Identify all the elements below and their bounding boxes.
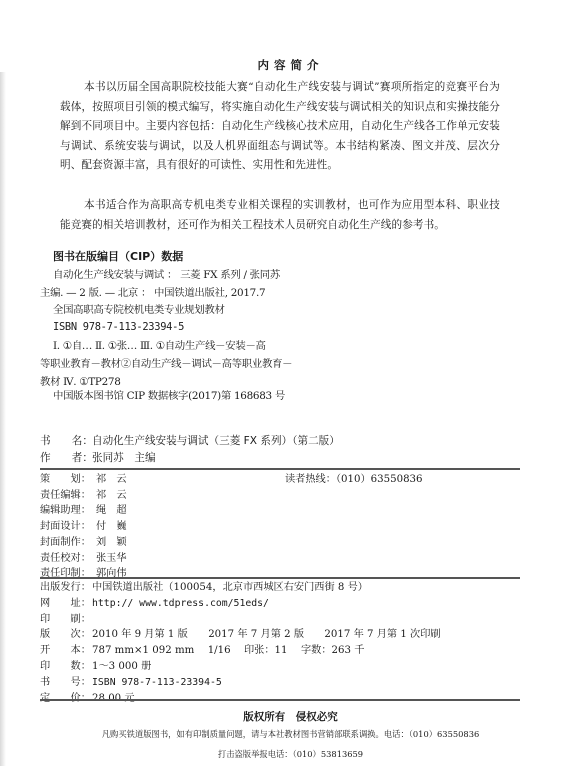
book-author-row: 作 者：张同苏 主编 — [40, 449, 156, 467]
staff-value: 祁 云 — [96, 474, 127, 485]
staff-row: 编辑助理：绳 超 — [40, 503, 127, 519]
divider-3 — [40, 699, 520, 701]
staff-label: 责任校对： — [40, 551, 96, 567]
cip-heading: 图书在版编目（CIP）数据 — [53, 248, 183, 264]
pub-value: 787 mm×1 092 mm 1/16 印张：11 字数：263 千 — [92, 645, 364, 656]
quality-notice: 凡购买铁道版图书，如有印制质量问题，请与本社教材图书营销部联系调换。电话：（01… — [0, 728, 581, 740]
cip-line-1: 自动化生产线安装与调试 ： 三菱 FX 系列 / 张同苏 — [53, 266, 280, 284]
pub-label: 书 号： — [40, 675, 92, 691]
book-title-label: 书 名： — [40, 432, 92, 450]
pub-value: 中国铁道出版社（100054，北京市西城区右安门西街 8 号） — [92, 582, 368, 593]
publication-info: 出版发行：中国铁道出版社（100054，北京市西城区右安门西街 8 号） 网 址… — [40, 580, 441, 706]
printer-row: 印 刷： — [40, 612, 441, 628]
publisher-row: 出版发行：中国铁道出版社（100054，北京市西城区右安门西街 8 号） — [40, 580, 441, 596]
staff-label: 封面设计： — [40, 519, 96, 535]
cip-line-2: 主编. — 2 版. — 北京 ： 中国铁道出版社, 2017.7 — [40, 284, 265, 302]
pub-label: 印 数： — [40, 659, 92, 675]
staff-row: 策 划：祁 云 — [40, 472, 127, 488]
print-run-row: 印 数：1～3 000 册 — [40, 659, 441, 675]
staff-value: 祁 云 — [96, 490, 127, 501]
divider-1 — [40, 468, 520, 470]
edition-row: 版 次：2010 年 9 月第 1 版 2017 年 7 月第 2 版 2017… — [40, 627, 441, 643]
pub-label: 开 本： — [40, 643, 92, 659]
website-row: 网 址：http:// www.tdpress.com/51eds/ — [40, 596, 441, 612]
copyright-title: 版权所有 侵权必究 — [0, 709, 581, 724]
cip-isbn: ISBN 978-7-113-23394-5 — [53, 318, 184, 336]
pub-value: ISBN 978-7-113-23394-5 — [92, 677, 222, 688]
staff-label: 封面制作： — [40, 535, 96, 551]
summary-paragraph-2: 本书适合作为高职高专机电类专业相关课程的实训教材，也可作为应用型本科、职业技能竞… — [60, 196, 500, 235]
pub-label: 网 址： — [40, 596, 92, 612]
staff-label: 策 划： — [40, 472, 96, 488]
staff-value: 刘 颖 — [96, 537, 127, 548]
staff-label: 责任编辑： — [40, 488, 96, 504]
isbn-row: 书 号：ISBN 978-7-113-23394-5 — [40, 675, 441, 691]
staff-value: 绳 超 — [96, 505, 127, 516]
piracy-hotline: 打击盗版举报电话：（010）53813659 — [0, 748, 581, 760]
staff-list: 策 划：祁 云 责任编辑：祁 云 编辑助理：绳 超 封面设计：付 巍 封面制作：… — [40, 472, 127, 582]
book-author-value: 张同苏 主编 — [92, 452, 156, 464]
summary-title: 内容简介 — [0, 57, 581, 73]
staff-row: 责任校对：张玉华 — [40, 551, 127, 567]
pub-label: 版 次： — [40, 627, 92, 643]
page-edge-shadow — [0, 72, 6, 766]
hotline-label: 读者热线： — [285, 474, 336, 485]
pub-label: 印 刷： — [40, 612, 92, 628]
staff-row: 责任编辑：祁 云 — [40, 488, 127, 504]
reader-hotline: 读者热线：（010）63550836 — [285, 472, 423, 488]
book-title-row: 书 名：自动化生产线安装与调试（三菱 FX 系列）（第二版） — [40, 432, 340, 450]
cip-line-3: 全国高职高专院校机电类专业规划教材 — [53, 301, 225, 319]
summary-paragraph-1: 本书以历届全国高职院校技能大赛“自动化生产线安装与调试”赛项所指定的竞赛平台为载… — [60, 78, 500, 176]
cip-line-5: Ⅰ. ①自… Ⅱ. ①张… Ⅲ. ①自动生产线－安装－高 — [53, 337, 266, 355]
staff-row: 封面设计：付 巍 — [40, 519, 127, 535]
book-title-value: 自动化生产线安装与调试（三菱 FX 系列）（第二版） — [92, 435, 340, 447]
cip-line-6: 等职业教育－教材②自动生产线－调试－高等职业教育－ — [40, 355, 292, 373]
pub-value: 1～3 000 册 — [92, 661, 151, 672]
pub-value: 2010 年 9 月第 1 版 2017 年 7 月第 2 版 2017 年 7… — [92, 629, 441, 640]
hotline-value: （010）63550836 — [336, 474, 423, 485]
staff-value: 张玉华 — [96, 553, 127, 564]
staff-label: 编辑助理： — [40, 503, 96, 519]
staff-value: 付 巍 — [96, 521, 127, 532]
book-author-label: 作 者： — [40, 449, 92, 467]
format-row: 开 本：787 mm×1 092 mm 1/16 印张：11 字数：263 千 — [40, 643, 441, 659]
website-link[interactable]: http:// www.tdpress.com/51eds/ — [92, 598, 269, 609]
pub-label: 出版发行： — [40, 580, 92, 596]
divider-2 — [40, 577, 520, 579]
cip-catalog-number: 中国版本图书馆 CIP 数据核字(2017)第 168683 号 — [53, 387, 285, 405]
staff-row: 封面制作：刘 颖 — [40, 535, 127, 551]
